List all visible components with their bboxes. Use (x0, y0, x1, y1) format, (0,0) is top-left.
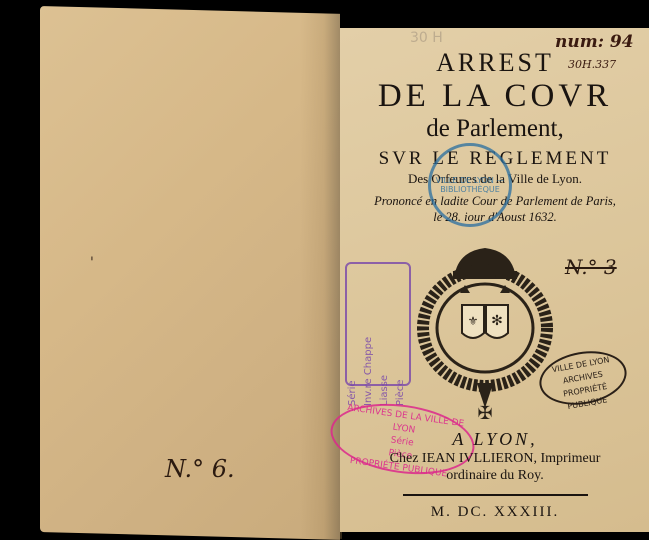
purple-stamp-inventaire: Inv.re Chappe (361, 286, 377, 406)
title-line-de-la-covr: DE LA COVR (360, 78, 630, 114)
svg-text:✠: ✠ (477, 403, 492, 423)
purple-archive-stamp: Série Inv.re Chappe Liasse Pièce (345, 262, 411, 386)
imprint-place: A LYON, (360, 428, 630, 450)
svg-text:⚜: ⚜ (468, 314, 479, 328)
imprint-printer-title: ordinaire du Roy. (360, 467, 630, 484)
imprint-printer: Chez IEAN IVLLIERON, Imprimeur (360, 450, 630, 467)
svg-text:✻: ✻ (491, 314, 503, 329)
faint-ghost-marking: 30 H (410, 30, 443, 46)
imprint-block: A LYON, Chez IEAN IVLLIERON, Imprimeur o… (360, 428, 630, 521)
royal-coat-of-arms-icon: ⚜ ✻ ✠ (415, 243, 555, 423)
handwritten-number-3: N.° 3 (565, 255, 617, 279)
purple-stamp-liasse: Liasse (377, 286, 393, 406)
purple-stamp-serie: Série (345, 286, 361, 406)
left-page-mark: ' (90, 255, 94, 271)
imprint-rule (403, 494, 588, 496)
title-line-arrest: ARREST (360, 48, 630, 78)
handwritten-number-6: N.° 6. (165, 455, 235, 483)
purple-stamp-piece: Pièce (393, 286, 409, 406)
imprint-year: M. DC. XXXIII. (360, 504, 630, 521)
title-line-parlement: de Parlement, (360, 114, 630, 144)
blue-library-stamp: VILLE DE LYON — BIBLIOTHÈQUE (428, 143, 512, 227)
blue-stamp-text: VILLE DE LYON — BIBLIOTHÈQUE (431, 146, 509, 194)
